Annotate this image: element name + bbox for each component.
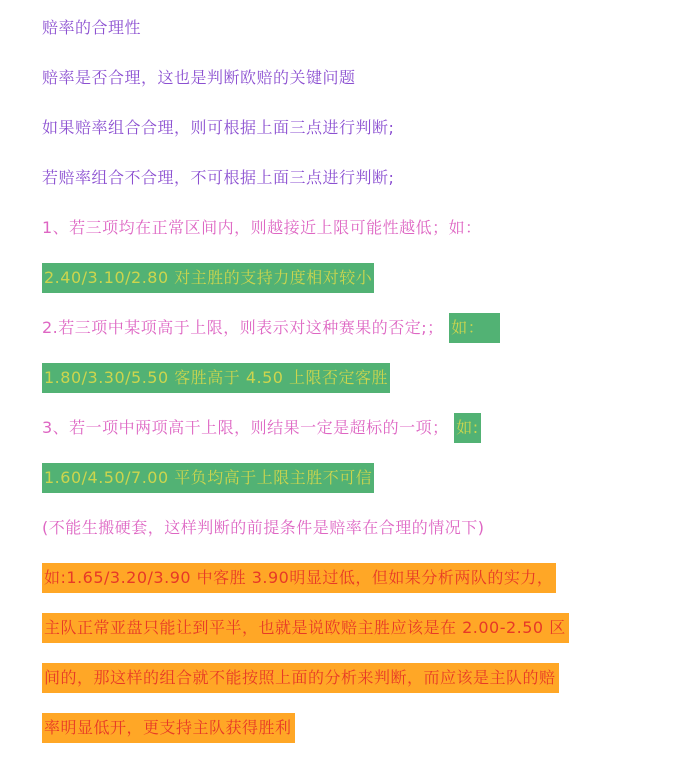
rule-1-line: 1、若三项均在正常区间内，则越接近上限可能性越低；如： [42,203,654,253]
note-line: (不能生搬硬套，这样判断的前提条件是赔率在合理的情况下) [42,503,654,553]
example-3-line: 1.60/4.50/7.00 平负均高于上限主胜不可信 [42,453,654,503]
example-1-highlight-text: 2.40/3.10/2.80 对主胜的支持力度相对较小 [42,263,374,293]
rule-2-example-tag: 如： [449,313,500,343]
condition-line-1: 如果赔率组合合理，则可根据上面三点进行判断; [42,103,654,153]
example-3-highlight-text: 1.60/4.50/7.00 平负均高于上限主胜不可信 [42,463,374,493]
doc-title-line: 赔率的合理性 [42,3,654,53]
condition-text-1: 如果赔率组合合理，则可根据上面三点进行判断; [42,118,394,137]
example-2-line: 1.80/3.30/5.50 客胜高于 4.50 上限否定客胜 [42,353,654,403]
example-2-highlight-text: 1.80/3.30/5.50 客胜高于 4.50 上限否定客胜 [42,363,390,393]
rule-2-text: 2.若三项中某项高于上限，则表示对这种赛果的否定;； [42,318,449,337]
analysis-text-2: 主队正常亚盘只能让到平半，也就是说欧赔主胜应该是在 2.00-2.50 区 [42,613,569,643]
doc-title: 赔率的合理性 [42,18,141,37]
analysis-line-1: 如:1.65/3.20/3.90 中客胜 3.90明显过低，但如果分析两队的实力… [42,553,654,603]
analysis-text-3: 间的，那这样的组合就不能按照上面的分析来判断，而应该是主队的赔 [42,663,559,693]
analysis-line-3: 间的，那这样的组合就不能按照上面的分析来判断，而应该是主队的赔 [42,653,654,703]
rule-1-text: 1、若三项均在正常区间内，则越接近上限可能性越低；如： [42,218,482,237]
rule-3-line: 3、若一项中两项高干上限，则结果一定是超标的一项； 如: [42,403,654,453]
note-text: (不能生搬硬套，这样判断的前提条件是赔率在合理的情况下) [42,518,485,537]
analysis-text-4: 率明显低开，更支持主队获得胜利 [42,713,295,743]
article-body: 赔率的合理性 赔率是否合理，这也是判断欧赔的关键问题 如果赔率组合合理，则可根据… [0,0,684,753]
analysis-line-2: 主队正常亚盘只能让到平半，也就是说欧赔主胜应该是在 2.00-2.50 区 [42,603,654,653]
condition-line-2: 若赔率组合不合理，不可根据上面三点进行判断; [42,153,654,203]
condition-text-2: 若赔率组合不合理，不可根据上面三点进行判断; [42,168,394,187]
rule-2-line: 2.若三项中某项高于上限，则表示对这种赛果的否定;； 如： [42,303,654,353]
intro-line: 赔率是否合理，这也是判断欧赔的关键问题 [42,53,654,103]
analysis-text-1: 如:1.65/3.20/3.90 中客胜 3.90明显过低，但如果分析两队的实力… [42,563,556,593]
rule-3-text: 3、若一项中两项高干上限，则结果一定是超标的一项； [42,418,454,437]
analysis-line-4: 率明显低开，更支持主队获得胜利 [42,703,654,753]
example-1-line: 2.40/3.10/2.80 对主胜的支持力度相对较小 [42,253,654,303]
rule-3-example-tag: 如: [454,413,480,443]
intro-text: 赔率是否合理，这也是判断欧赔的关键问题 [42,68,356,87]
